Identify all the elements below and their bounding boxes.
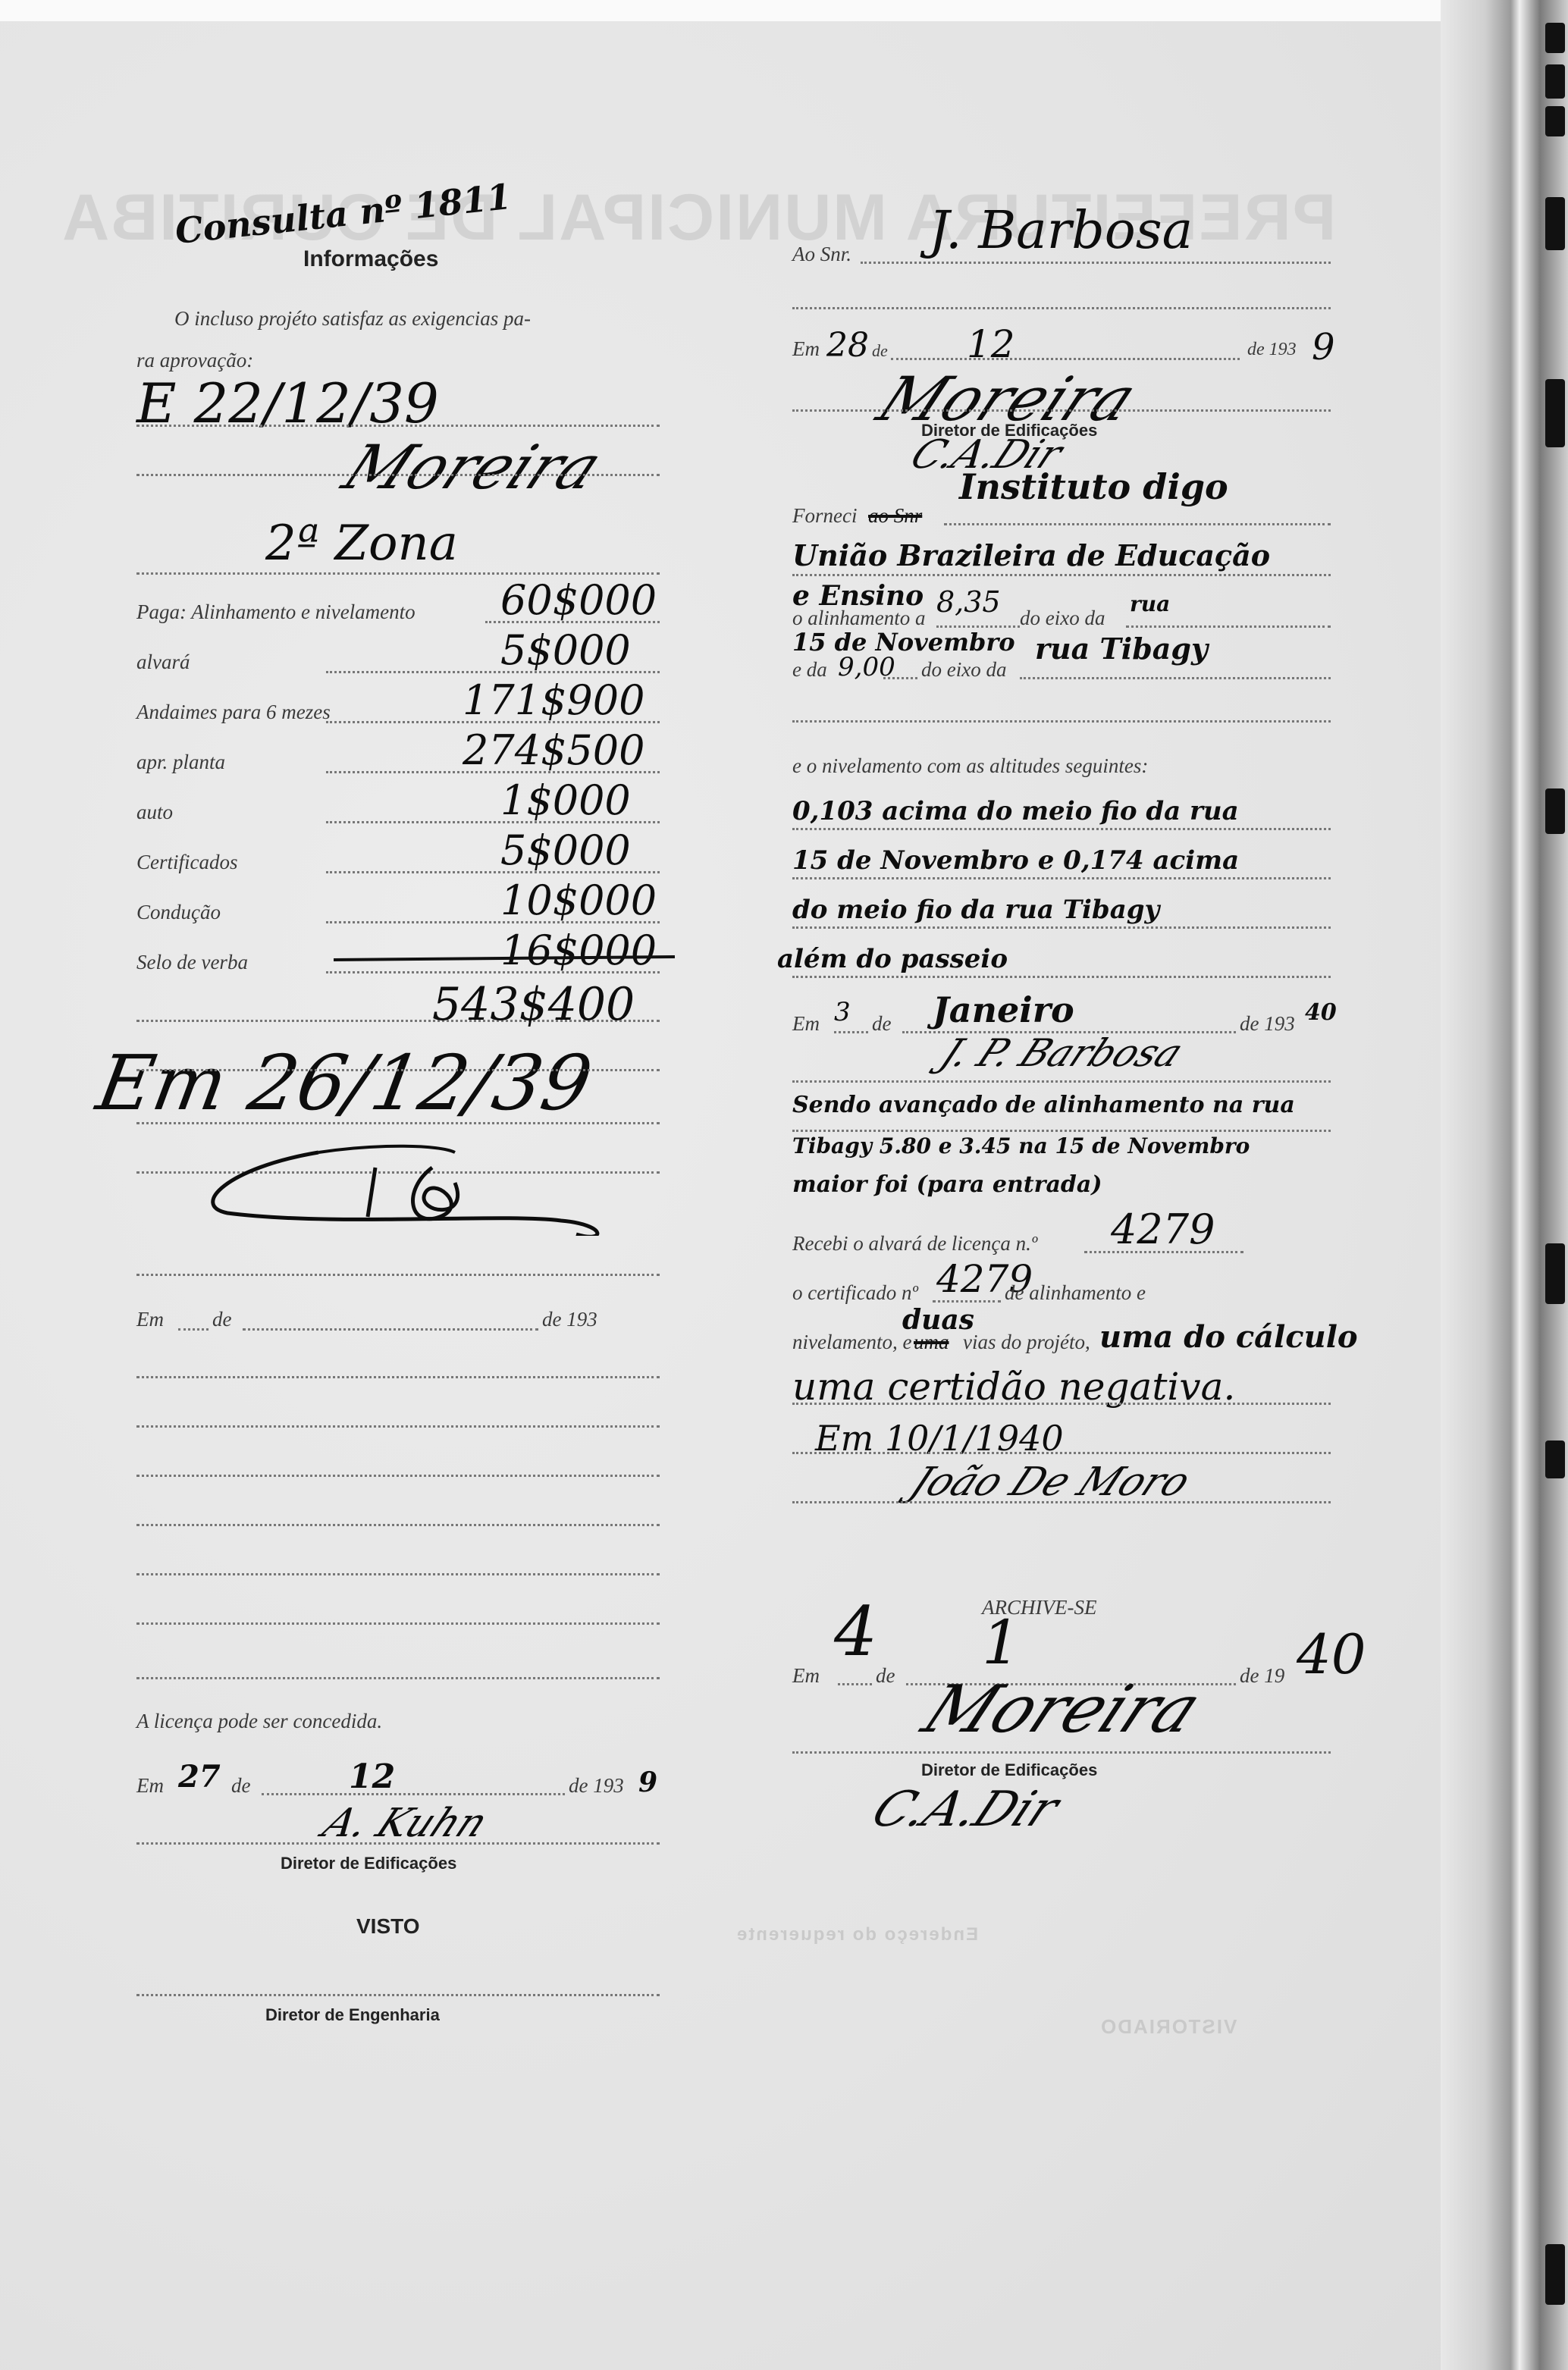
nivelamento-e: nivelamento, e (792, 1331, 911, 1354)
dotted-line (792, 1501, 1331, 1503)
dotted-line (838, 1683, 872, 1685)
date3-de2: de 19 (1240, 1664, 1284, 1688)
dotted-line (136, 1069, 660, 1071)
alinhamento-street1: 15 de Novembro (792, 628, 1015, 657)
licence-date-em: Em (136, 1774, 164, 1798)
received-signature-right: João De Moro (903, 1459, 1198, 1505)
dotted-line (1020, 677, 1331, 679)
dotted-line (883, 677, 917, 679)
date1-month: 12 (967, 322, 1015, 366)
vias-label: vias do projéto, (963, 1331, 1090, 1354)
dotted-line (136, 572, 660, 575)
director-initials-2: C.A.Dir (863, 1782, 1068, 1838)
dotted-line (792, 720, 1331, 723)
fee-value: 171$900 (463, 676, 645, 724)
uma-do-calculo: uma do cálculo (1099, 1319, 1358, 1355)
dotted-line (1126, 625, 1331, 628)
dotted-line (136, 1122, 660, 1124)
dotted-line (944, 523, 1331, 525)
dotted-line (792, 976, 1331, 978)
dotted-line (262, 1793, 565, 1795)
date3-em: Em (792, 1664, 820, 1688)
alinhamento-label-eixo2: do eixo da (921, 658, 1006, 682)
blank-date-de2: de 193 (542, 1308, 597, 1331)
forneci-line-2: União Brazileira de Educação (792, 538, 1270, 572)
dotted-line (792, 1403, 1331, 1405)
date2-de1: de (872, 1012, 891, 1036)
date1-em: Em (792, 337, 820, 361)
date2-em: Em (792, 1012, 820, 1036)
dotted-line (243, 1328, 538, 1331)
nivelamento-line: 0,103 acima do meio fio da rua (792, 796, 1239, 826)
nivelamento-line: além do passeio (777, 944, 1008, 974)
dotted-line (136, 474, 660, 476)
section-title-informacoes: Informações (303, 246, 438, 272)
licence-date-month: 12 (349, 1757, 395, 1796)
note-line: maior foi (para entrada) (792, 1171, 1102, 1198)
fee-label: Condução (136, 901, 221, 924)
blank-date-em: Em (136, 1308, 164, 1331)
fee-value: 10$000 (500, 876, 657, 924)
right-column: Ao Snr. J. Barbosa Em 28 de 12 de 193 9 … (792, 0, 1334, 2370)
dotted-line (136, 425, 660, 427)
ao-snr-label: Ao Snr. (792, 243, 851, 266)
dotted-line (792, 877, 1331, 879)
licence-date-day: 27 (178, 1759, 221, 1795)
dotted-line (136, 1274, 660, 1276)
dotted-line (792, 1130, 1331, 1132)
licence-signature: A. Kuhn (315, 1801, 495, 1846)
date2-de2: de 193 (1240, 1012, 1295, 1036)
dotted-line (834, 1031, 868, 1033)
dotted-line (1084, 1251, 1243, 1253)
note-line: Tibagy 5.80 e 3.45 na 15 de Novembro (792, 1133, 1250, 1158)
dotted-line (891, 358, 1240, 360)
director-engenharia-label: Diretor de Engenharia (265, 2005, 440, 2025)
dotted-line (136, 1842, 660, 1845)
alvara-number: 4279 (1111, 1205, 1215, 1253)
dotted-line (136, 1475, 660, 1477)
dotted-line (792, 1751, 1331, 1754)
alinhamento-value-a: 8,35 (936, 585, 1001, 619)
licence-date-de1: de (231, 1774, 250, 1798)
visto-label: VISTO (356, 1914, 420, 1939)
blank-date-de1: de (212, 1308, 231, 1331)
date2-month: Janeiro (933, 989, 1074, 1030)
nivelamento-line: do meio fio da rua Tibagy (792, 895, 1159, 925)
date1-day: 28 (826, 326, 869, 365)
fee-label: Andaimes para 6 mezes (136, 701, 331, 724)
director-edificacoes-label: Diretor de Edificações (281, 1854, 456, 1873)
alinhamento-label-eixo1: do eixo da (1020, 607, 1105, 630)
date3-year-digit: 40 (1297, 1622, 1366, 1686)
dotted-line (136, 1524, 660, 1526)
dotted-line (136, 1622, 660, 1625)
recebi-label: Recebi o alvará de licença n.º (792, 1232, 1037, 1256)
fee-label: alvará (136, 650, 190, 674)
dotted-line (792, 574, 1331, 576)
fee-label: Selo de verba (136, 951, 248, 974)
left-column: Consulta nº 1811 Informações O incluso p… (129, 0, 660, 2370)
certificado-label: o certificado nº (792, 1281, 918, 1305)
forneci-label: Forneci (792, 504, 857, 528)
intro-line-1: O incluso projéto satisfaz as exigencias… (174, 307, 531, 331)
consulta-note: Consulta nº 1811 (173, 176, 513, 252)
forneci-struck-text: ao Snr (868, 504, 922, 528)
dotted-line (136, 1573, 660, 1575)
date3-signature: Moreira (911, 1672, 1213, 1748)
fee-label: Paga: Alinhamento e nivelamento (136, 600, 416, 624)
intro-line-2: ra aprovação: (136, 349, 253, 372)
torn-folded-edge (1441, 0, 1568, 2370)
date1-year-digit: 9 (1312, 326, 1335, 368)
fee-label: apr. planta (136, 751, 225, 774)
director-edificacoes-label-2: Diretor de Edificações (921, 1760, 1097, 1780)
date2-year-digit: 40 (1305, 999, 1337, 1026)
date1-de1: de (872, 341, 888, 361)
fee-value: 1$000 (500, 776, 631, 824)
dotted-line (136, 1677, 660, 1679)
fee-label: Certificados (136, 851, 238, 874)
alinhamento-street1-sup: rua (1130, 591, 1170, 616)
dotted-line (861, 262, 1331, 264)
received-flourish-signature (182, 1137, 667, 1228)
dotted-line (933, 1300, 1001, 1303)
licence-text: A licença pode ser concedida. (136, 1710, 382, 1733)
approval-signature: Moreira (332, 432, 613, 503)
licence-date-de2: de 193 (569, 1774, 624, 1798)
dotted-line (792, 409, 1331, 412)
dotted-line (136, 1376, 660, 1378)
date3-month: 1 (982, 1607, 1021, 1678)
dotted-line (792, 1080, 1331, 1083)
date2-signature: J. P. Barbosa (933, 1031, 1190, 1075)
dotted-line (178, 1328, 209, 1331)
alinhamento-label-a: o alinhamento a (792, 607, 926, 630)
dotted-line (136, 1994, 660, 1996)
licence-date-year-digit: 9 (638, 1767, 657, 1798)
nivelamento-line: 15 de Novembro e 0,174 acima (792, 845, 1239, 876)
certificado-suffix: de alinhamento e (1005, 1281, 1146, 1305)
fee-value: 16$000 (500, 926, 657, 974)
zone-note: 2ª Zona (265, 516, 458, 572)
fee-value: 274$500 (463, 726, 645, 774)
ao-snr-value: J. Barbosa (929, 201, 1193, 261)
dotted-line (792, 1452, 1331, 1454)
fees-total: 543$400 (432, 978, 635, 1031)
date3-day: 4 (834, 1592, 877, 1672)
alinhamento-street2: rua Tibagy (1035, 632, 1208, 666)
received-date: Em 26/12/39 (91, 1039, 598, 1127)
date3-de1: de (876, 1664, 895, 1688)
note-line: Sendo avançado de alinhamento na rua (792, 1092, 1295, 1118)
fee-value: 60$000 (500, 576, 657, 624)
dotted-line (792, 828, 1331, 830)
alinhamento-label-e-da: e da (792, 658, 827, 682)
struck-uma: uma (914, 1331, 949, 1354)
forneci-line-1: Instituto digo (959, 466, 1228, 507)
dotted-line (792, 307, 1331, 309)
dotted-line (792, 926, 1331, 929)
fee-value: 5$000 (500, 826, 631, 874)
dotted-line (136, 1425, 660, 1428)
date1-de2: de 193 (1247, 340, 1297, 360)
date2-day: 3 (834, 997, 851, 1027)
fee-value: 5$000 (500, 626, 631, 674)
fee-label: auto (136, 801, 173, 824)
nivelamento-label: e o nivelamento com as altitudes seguint… (792, 754, 1148, 778)
